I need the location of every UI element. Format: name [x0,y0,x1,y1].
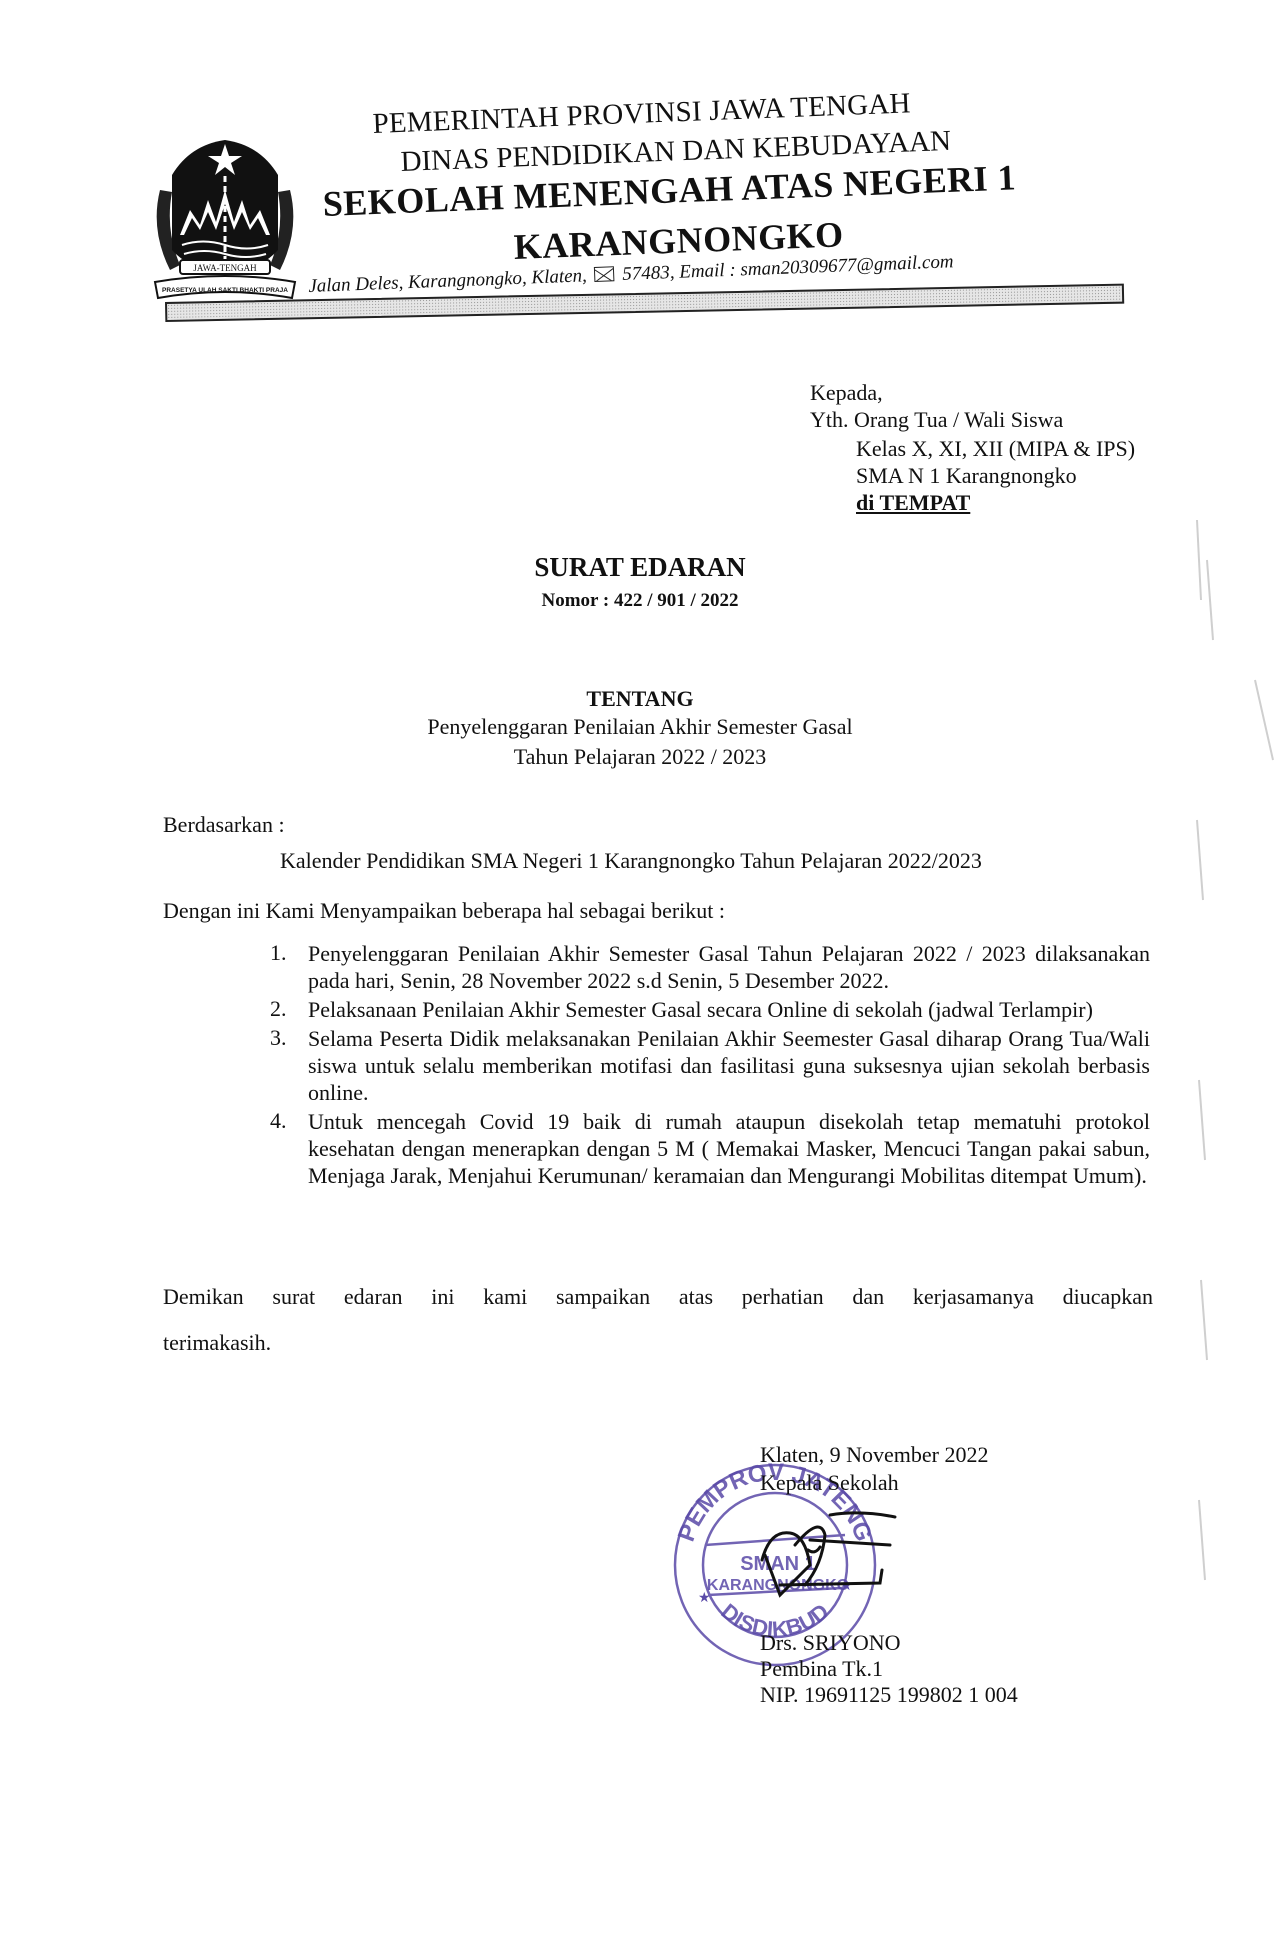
emblem-banner-top: JAWA-TENGAH [193,263,257,273]
list-item-text: Untuk mencegah Covid 19 baik di rumah at… [308,1108,1150,1189]
scan-edge-shadow [1195,520,1275,1920]
emblem-banner-bottom: PRASETYA ULAH SAKTI BHAKTI PRAJA [162,287,288,294]
list-item: 2. Pelaksanaan Penilaian Akhir Semester … [270,996,1150,1023]
envelope-icon [594,266,615,282]
address-street: Jalan Deles, Karangnongko, Klaten, [308,265,587,297]
recipient-place: di TEMPAT [856,488,970,517]
list-item: 1. Penyelenggaran Penilaian Akhir Semest… [270,940,1150,994]
intro-text: Dengan ini Kami Menyampaikan beberapa ha… [163,898,725,924]
document-title: SURAT EDARAN [500,552,780,583]
about-label: TENTANG [540,686,740,712]
svg-text:★: ★ [698,1591,711,1606]
recipient-greeting: Kepada, [810,378,883,407]
jawa-tengah-emblem-icon: JAWA-TENGAH PRASETYA ULAH SAKTI BHAKTI P… [150,130,300,305]
handwritten-signature-icon [750,1505,950,1605]
signatory-nip: NIP. 19691125 199802 1 004 [760,1682,1018,1708]
signatory-rank: Pembina Tk.1 [760,1656,883,1682]
signature-position: Kepala Sekolah [760,1470,899,1496]
list-item-text: Selama Peserta Didik melaksanakan Penila… [308,1025,1150,1106]
list-item-number: 4. [270,1108,308,1189]
points-list: 1. Penyelenggaran Penilaian Akhir Semest… [270,940,1150,1191]
list-item-number: 1. [270,940,308,994]
about-topic: Penyelenggaran Penilaian Akhir Semester … [370,712,910,772]
recipient-school: SMA N 1 Karangnongko [856,461,1077,490]
list-item-number: 2. [270,996,308,1023]
closing-thanks: terimakasih. [163,1330,271,1356]
list-item-number: 3. [270,1025,308,1106]
basis-item: Kalender Pendidikan SMA Negeri 1 Karangn… [280,848,982,874]
list-item: 3. Selama Peserta Didik melaksanakan Pen… [270,1025,1150,1106]
signature-place-date: Klaten, 9 November 2022 [760,1442,989,1468]
about-line-1: Penyelenggaran Penilaian Akhir Semester … [370,712,910,742]
closing-text: Demikan surat edaran ini kami sampaikan … [163,1284,1153,1310]
list-item-text: Pelaksanaan Penilaian Akhir Semester Gas… [308,996,1150,1023]
recipient-addressee: Yth. Orang Tua / Wali Siswa [810,405,1063,434]
list-item-text: Penyelenggaran Penilaian Akhir Semester … [308,940,1150,994]
list-item: 4. Untuk mencegah Covid 19 baik di rumah… [270,1108,1150,1189]
about-line-2: Tahun Pelajaran 2022 / 2023 [370,742,910,772]
document-number: Nomor : 422 / 901 / 2022 [480,590,800,612]
recipient-classes: Kelas X, XI, XII (MIPA & IPS) [856,434,1135,463]
basis-label: Berdasarkan : [163,812,285,838]
signatory-name: Drs. SRIYONO [760,1630,901,1656]
